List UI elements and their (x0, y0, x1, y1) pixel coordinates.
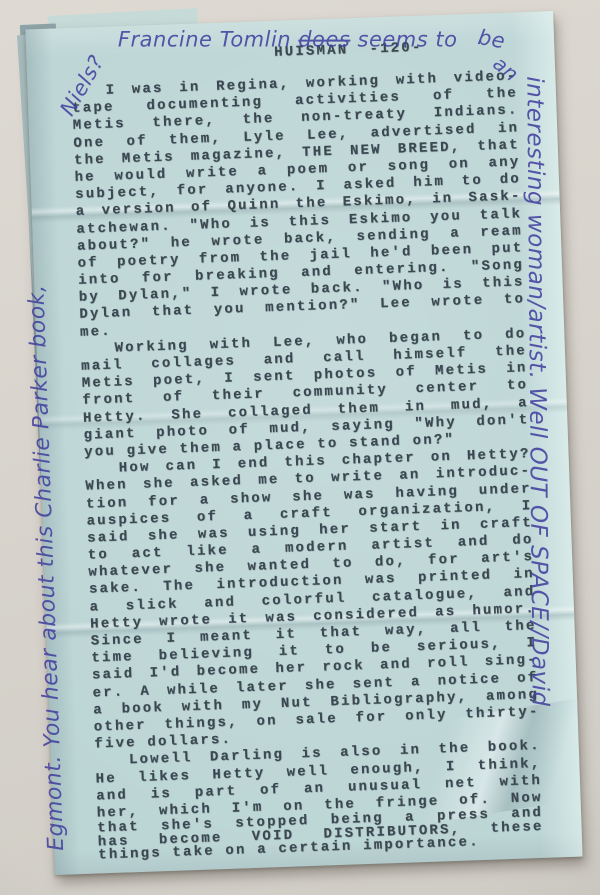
handwriting-struck-word: does (298, 28, 350, 52)
photo-background: HUISMAN -120- I was in Regina, working w… (0, 0, 600, 895)
handwriting-top-post: seems to (350, 28, 457, 52)
handwriting-top-pre: Francine Tomlin (118, 28, 298, 52)
handwriting-top-line: Francine Tomlin does seems to (118, 28, 498, 52)
handwriting-top-end: be (476, 25, 507, 53)
typed-paragraph: How can I end this chapter on Hetty?When… (85, 446, 541, 754)
typed-paragraph: Lowell Darling is also in the book.He li… (95, 738, 545, 863)
typed-body: I was in Regina, working with video-tape… (71, 68, 544, 863)
typed-paragraph: Working with Lee, who began to domail co… (80, 326, 530, 462)
typed-paragraph: I was in Regina, working with video-tape… (71, 68, 526, 341)
handwriting-right-margin: interesting woman/artist. Well OUT OF SP… (489, 76, 554, 834)
paper-sheet: HUISMAN -120- I was in Regina, working w… (25, 11, 582, 875)
